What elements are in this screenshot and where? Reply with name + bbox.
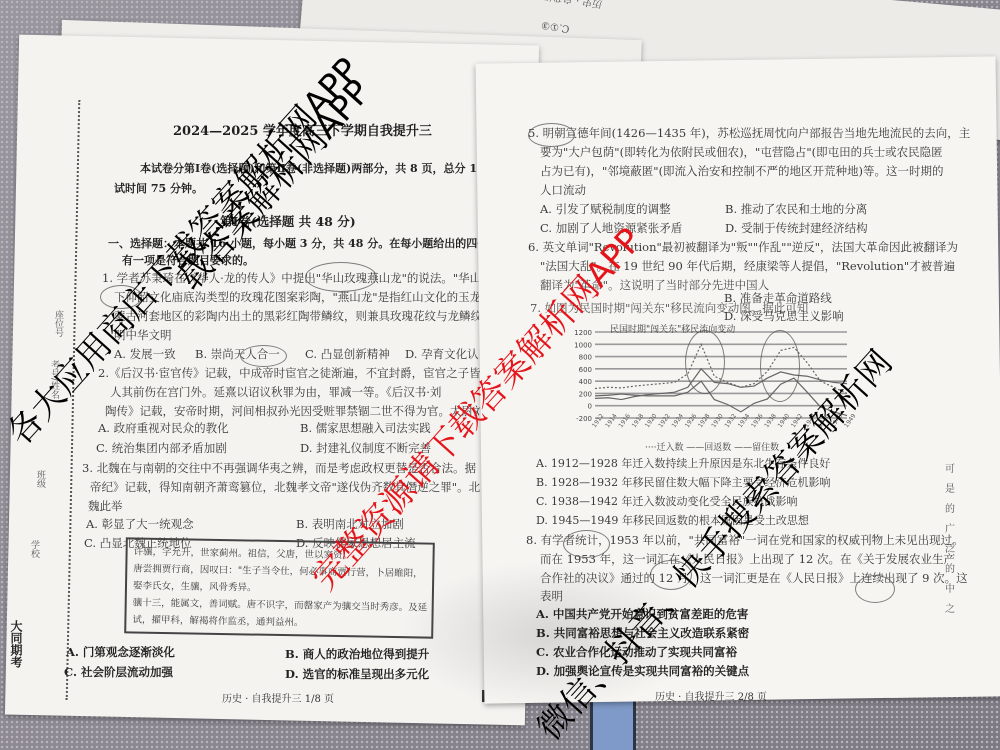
option: C. 统治集团内部矛盾加剧 [96,440,227,456]
svg-text:1928: 1928 [697,412,712,429]
pen-circle [760,330,800,402]
svg-text:1914: 1914 [604,412,619,429]
pen-circle [240,345,287,367]
back-sheet-text: 历史 · 自我提升三 2/8 [503,0,603,13]
chart-legend: ····迁入数 ——回返数 ——留住数 [645,440,779,453]
question-2-line: 2.《后汉书·宦官传》记载，中成帝时宦官之徒渐遍，不宜封爵，宦官之子皆恃权势 [98,365,515,381]
svg-text:1934: 1934 [737,412,752,429]
question-3-line: 魏此举 [88,498,123,514]
side-note-char: 可 [945,460,957,480]
option: B. 儒家思想融入司法实践 [300,420,431,436]
svg-text:1912: 1912 [591,412,606,429]
page-footer: 历史 · 自我提升三 2/8 页 [655,688,767,703]
svg-text:1918: 1918 [631,412,646,429]
quote-line: 娶李氏女，生骧，风骨秀异。 [133,577,257,593]
option: A. 政府重视对民众的教化 [98,420,229,436]
option: D. 受制于传统封建经济结构 [725,220,868,236]
svg-text:1938: 1938 [763,412,778,429]
pen-circle [855,575,895,603]
pen-circle [305,262,377,292]
svg-text:1916: 1916 [617,412,632,429]
margin-label: 学校 [28,540,41,558]
quote-line: 骧十三，能属文，善词赋。唐不识字，而罄家产为骧交当时秀彦。及延 [133,594,428,613]
svg-text:1926: 1926 [684,412,699,429]
question-8-line: 合作社的决议》通过的 12 月，这一词汇更是在《人民日报》上连续出现了 9 次。… [540,570,968,586]
instruction-line: 本试卷分第Ⅰ卷(选择题)和第Ⅱ卷(非选择题)两部分，共 8 页，总分 100 分… [140,160,529,176]
instruction-line: 试时间 75 分钟。 [114,180,203,196]
side-note-char: 中 [945,580,957,600]
side-note-char: 的 [945,500,957,520]
svg-text:600: 600 [579,366,592,374]
exam-series-label: 大同期考 [8,620,25,668]
question-5-line: 占为已有)，"邻境蔽匿"(即流入治安和控制不严的地区开荒种地)等。这一时期的 [540,163,944,179]
option: A. 引发了赋税制度的调整 [540,201,671,217]
option: D. 孕育文化认同 [405,346,490,362]
pen-circle [685,330,725,394]
side-note-char: 泛 [945,540,957,560]
margin-label: 班级 [34,470,47,488]
quote-line: 试，擢甲科，解褐将作监丞，通判益州。 [132,611,303,628]
back-sheet-text: C.①③ [541,19,571,34]
pen-circle [528,123,575,147]
svg-text:1936: 1936 [750,412,765,429]
side-note-char: 的 [945,560,957,580]
option: C. 社会阶层流动加强 [64,664,173,680]
margin-label: 座位号 [52,310,65,337]
handwritten-side-notes: 可是的广泛的中之 [945,460,957,620]
side-note-char: 之 [945,600,957,620]
svg-text:400: 400 [579,378,592,386]
svg-text:1922: 1922 [657,412,672,429]
svg-text:200: 200 [579,390,592,398]
svg-text:1932: 1932 [724,412,739,429]
side-note-char: 是 [945,480,957,500]
svg-text:1924: 1924 [670,412,685,429]
question-8-line: 表明 [540,588,563,604]
q4-quote-box: 许骧，字允升，世家蓟州。祖信，父唐，世以家资。 唐尝拥贾行商，因叹曰："生子当令… [124,537,435,638]
svg-text:-200: -200 [576,415,592,423]
option: A. 门第观念逐渐淡化 [66,644,175,660]
quote-line: 唐尝拥贾行商，因叹曰："生子当令仕，何必事商贾行营，卜居睢阳， [133,560,423,579]
question-5-line: 5. 明朝宣德年间(1426—1435 年)，苏松巡抚周忱向户部报告当地先地流民… [528,125,970,141]
svg-text:1000: 1000 [574,341,592,349]
svg-text:1920: 1920 [644,412,659,429]
svg-text:1930: 1930 [710,412,725,429]
side-note-char: 广 [945,520,957,540]
question-1-line: 蒙古河套地区的彩陶内出土的黑彩红陶带鳞纹，则兼具玫瑰花纹与龙鳞纹。这表 [114,308,517,324]
page-footer: 历史 · 自我提升三 1/8 页 [222,690,334,705]
option: B. 推动了农民和土地的分离 [725,201,867,217]
question-5-line: 人口流动 [540,182,586,198]
question-5-line: 要为"大户包荫"(即转化为依附民或佃农)，"屯营隐占"(即屯田的兵士或农民隐匿 [540,144,943,160]
option: C. 凸显创新精神 [305,346,390,362]
pen-circle [563,530,610,558]
svg-text:800: 800 [579,354,592,362]
chart-title: 民国时期"闯关东"移民流向变动 [610,322,735,335]
svg-text:0: 0 [588,403,592,411]
